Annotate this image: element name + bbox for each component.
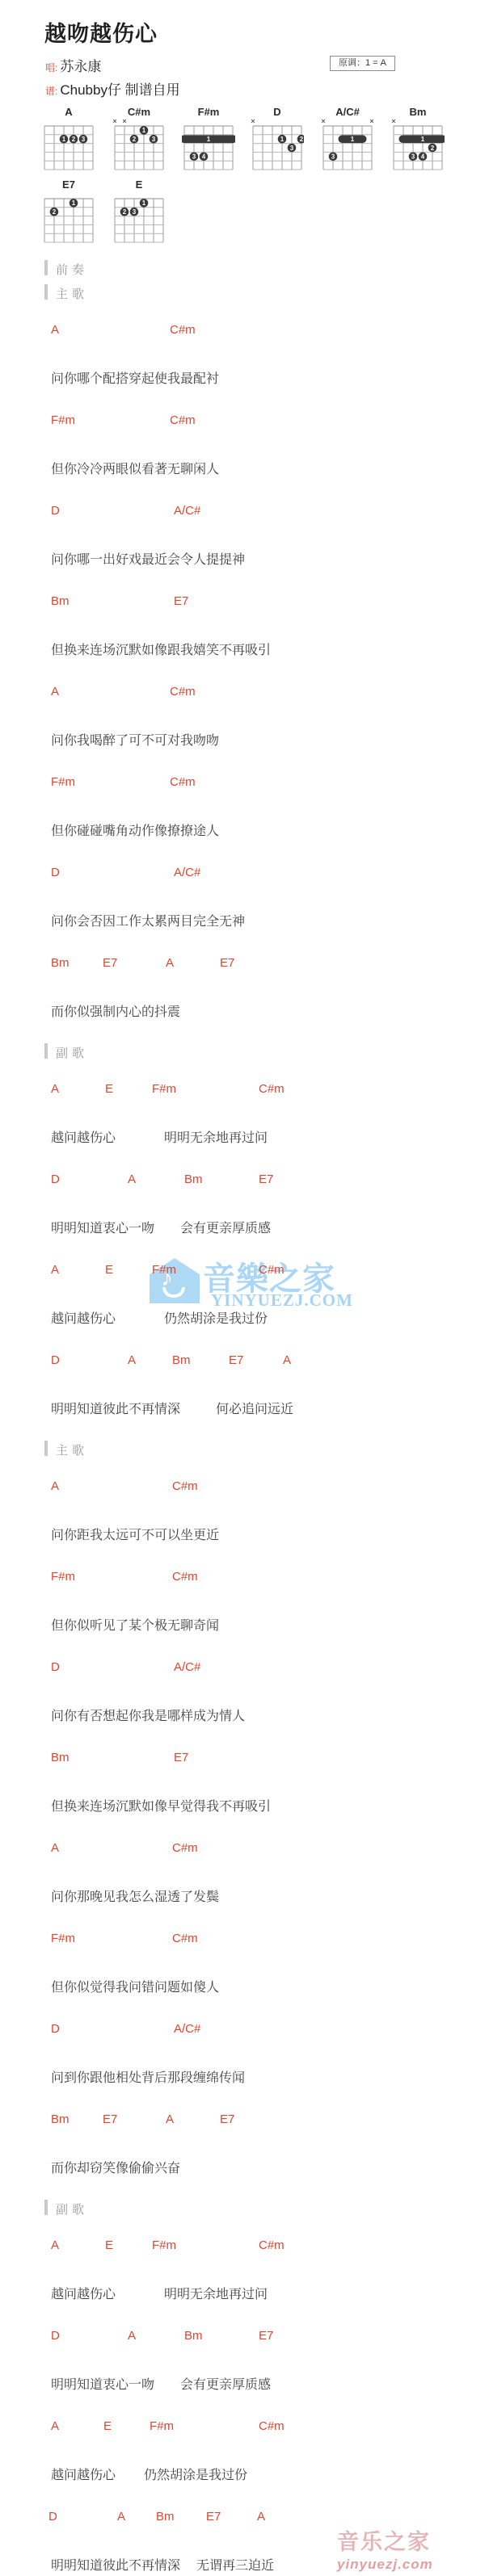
chord-symbol: F#m [51,1932,75,1945]
arranger-name: Chubby仔 制谱自用 [60,82,179,98]
chord-symbol: D [51,2329,60,2343]
chord-symbol: Bm [172,1353,191,1367]
svg-text:3: 3 [192,153,196,161]
chord-symbol: E7 [229,1353,243,1367]
section-heading: 副歌 [0,1043,489,1059]
chord-symbol: D [51,504,60,518]
chord-symbol: D [48,2510,57,2524]
chord-diagram-label: Bm [391,107,445,117]
lyric-segment: 但你似听见了某个极无聊奇闻 [51,1615,219,1634]
svg-text:×: × [112,117,116,125]
chord-symbol: Bm [51,956,70,970]
fretboard-grid: 12 [42,190,95,246]
lyric-segment: 但你似觉得我问错问题如傻人 [51,1977,219,1995]
lyric-segment: 无谓再三迫近 [196,2555,274,2574]
chord-symbol: F#m [152,1082,176,1096]
chord-symbol: A/C# [174,2022,200,2036]
svg-text:1: 1 [280,136,285,143]
chord-symbol: A [128,2329,136,2343]
fretboard-grid: 123 [42,117,95,174]
chord-diagram-E7: E712 [42,179,95,250]
svg-text:1: 1 [62,136,66,143]
chord-symbol: E7 [259,2329,273,2343]
chord-symbol: A [51,2238,59,2252]
singer-name: 苏永康 [60,59,101,74]
chord-symbol: F#m [152,2238,176,2252]
chord-symbol: E7 [103,956,117,970]
lyric-segment: 但换来连场沉默如像跟我嬉笑不再吸引 [51,640,271,658]
svg-text:3: 3 [152,136,156,143]
svg-text:×: × [391,117,395,125]
chord-symbol: C#m [170,413,196,427]
chord-symbol: E [103,2419,112,2433]
chord-symbol: A [51,2419,59,2433]
chord-symbol: D [51,1660,60,1674]
chord-diagram-Bm: Bm×1234 [391,107,445,178]
svg-text:1: 1 [421,136,425,143]
chord-symbol: A/C# [174,866,200,879]
chord-symbol: E7 [259,1173,273,1186]
chord-symbol: E [105,2238,113,2252]
fretboard-grid: ×1234 [391,117,445,174]
chord-diagram-D: D×123 [251,107,304,178]
chord-sheet-page: 越吻越伤心 唱:苏永康 谱:Chubby仔 制谱自用 原调：1 = A ♪ 音樂… [0,0,489,2576]
chord-symbol: E7 [174,1751,188,1764]
lyric-segment: 而你却窃笑像偷偷兴奋 [51,2158,180,2176]
singer-row: 唱:苏永康 [45,55,101,75]
lyric-segment: 问你会否因工作太累两目完全无神 [51,911,245,929]
fretboard-grid: 134 [182,117,235,174]
lyric-segment: 明明无余地再过问 [164,2284,268,2302]
chord-diagram-A: A123 [42,107,95,178]
svg-text:×: × [321,117,325,125]
original-key-badge: 原调：1 = A [330,56,395,71]
svg-text:1: 1 [72,199,76,207]
chord-symbol: E7 [220,956,234,970]
svg-text:2: 2 [300,136,304,143]
watermark-center: ♪ 音樂之家 YINYUEZJ.COM [150,1253,360,1310]
svg-text:4: 4 [421,153,425,161]
lyric-segment: 问到你跟他相处背后那段缠绵传闻 [51,2067,245,2086]
lyric-segment: 问你我喝醉了可不可对我吻吻 [51,730,219,749]
chord-symbol: F#m [150,2419,174,2433]
svg-text:×: × [369,117,373,125]
svg-text:3: 3 [331,153,335,161]
chord-symbol: A [51,1841,59,1855]
chord-symbol: E7 [206,2510,221,2524]
chord-diagram-label: E7 [42,179,95,190]
lyric-segment: 何必追问远近 [216,1399,293,1417]
svg-text:2: 2 [53,208,57,216]
chord-symbol: A/C# [174,504,200,518]
lyric-segment: 明明知道衷心一吻 [51,1218,154,1236]
chord-symbol: Bm [184,2329,203,2343]
lyric-segment: 仍然胡涂是我过份 [164,1308,268,1327]
lyric-segment: 越问越伤心 [51,1127,116,1146]
svg-text:3: 3 [290,145,294,152]
watermark-corner: 音乐之家 yinyuezj.com [337,2524,466,2573]
section-heading: 主歌 [0,284,489,300]
section-marker-bar [44,1043,48,1059]
lyric-segment: 问你有否想起你我是哪样成为情人 [51,1705,245,1724]
section-label: 主歌 [56,285,88,302]
section-label: 副歌 [56,1044,88,1061]
lyric-segment: 但你冷冷两眼似看著无聊闲人 [51,459,219,477]
svg-text:3: 3 [411,153,415,161]
fretboard-grid: ××13 [321,117,374,174]
chord-symbol: D [51,1173,60,1186]
svg-text:1: 1 [142,127,146,134]
lyric-segment: 越问越伤心 [51,1308,116,1327]
chord-symbol: C#m [170,775,196,789]
chord-symbol: Bm [156,2510,175,2524]
chord-symbol: C#m [259,1082,285,1096]
svg-text:×: × [251,117,255,125]
chord-symbol: C#m [259,2419,285,2433]
chord-diagram-label: A/C# [321,107,374,117]
fretboard-grid: ××123 [112,117,166,174]
lyric-segment: 问你哪一出好戏最近会令人提提神 [51,549,245,568]
watermark-corner-site: yinyuezj.com [337,2557,466,2573]
lyric-segment: 问你距我太远可不可以坐更近 [51,1525,219,1543]
chord-symbol: C#m [259,1263,285,1277]
section-marker-bar [44,284,48,300]
lyric-segment: 但你碰碰嘴角动作像撩撩途人 [51,820,219,839]
chord-symbol: F#m [51,413,75,427]
chord-symbol: A [166,2112,174,2126]
chord-symbol: C#m [172,1932,198,1945]
chord-symbol: A [51,1263,59,1277]
chord-diagram-E: E123 [112,179,166,250]
chord-symbol: E7 [220,2112,234,2126]
chord-symbol: A [51,1082,59,1096]
chord-symbol: A [128,1173,136,1186]
chord-diagram-label: C#m [112,107,166,117]
chord-symbol: Bm [51,594,70,608]
chord-symbol: A [257,2510,265,2524]
chord-symbol: F#m [51,775,75,789]
svg-text:3: 3 [133,208,137,216]
chord-symbol: C#m [172,1841,198,1855]
chord-diagram-label: E [112,179,166,190]
chord-symbol: A [166,956,174,970]
section-marker-bar [44,1441,48,1456]
chord-symbol: D [51,866,60,879]
fretboard-grid: 123 [112,190,166,246]
arranger-row: 谱:Chubby仔 制谱自用 [45,78,180,99]
chord-symbol: A [128,1353,136,1367]
section-heading: 前奏 [0,260,489,276]
section-marker-bar [44,260,48,275]
chord-symbol: A/C# [174,1660,200,1674]
svg-text:2: 2 [72,136,76,143]
chord-symbol: E [105,1263,113,1277]
chord-symbol: A [117,2510,125,2524]
lyric-segment: 明明知道彼此不再情深 [51,2555,180,2574]
lyric-segment: 会有更亲厚质感 [180,1218,271,1236]
lyric-segment: 会有更亲厚质感 [180,2374,271,2393]
chord-symbol: C#m [259,2238,285,2252]
lyric-segment: 越问越伤心 [51,2284,116,2302]
chord-symbol: D [51,1353,60,1367]
svg-text:2: 2 [123,208,127,216]
smile-icon [162,1287,185,1298]
chord-symbol: C#m [170,685,196,699]
svg-text:2: 2 [133,136,137,143]
section-label: 前奏 [56,261,88,278]
chord-symbol: A [51,1479,59,1493]
svg-text:1: 1 [142,199,146,207]
chord-diagram-A/C#: A/C#××13 [321,107,374,178]
chord-symbol: E7 [174,594,188,608]
chord-diagram-label: A [42,107,95,117]
svg-text:3: 3 [82,136,86,143]
chord-symbol: Bm [51,1751,70,1764]
section-heading: 主歌 [0,1441,489,1457]
chord-symbol: A [283,1353,291,1367]
lyric-segment: 明明知道彼此不再情深 [51,1399,180,1417]
section-label: 副歌 [56,2201,88,2217]
chord-symbol: F#m [51,1570,75,1584]
svg-text:×: × [122,117,126,125]
page-title: 越吻越伤心 [44,16,158,48]
chord-diagram-label: D [251,107,304,117]
chord-symbol: E [105,1082,113,1096]
lyric-segment: 而你似强制内心的抖震 [51,1001,180,1020]
chord-diagram-label: F#m [182,107,235,117]
chord-symbol: F#m [152,1263,176,1277]
chord-symbol: E7 [103,2112,117,2126]
chord-symbol: C#m [172,1570,198,1584]
chord-symbol: Bm [51,2112,70,2126]
chord-diagram-F#m: F#m134 [182,107,235,178]
section-marker-bar [44,2200,48,2215]
section-heading: 副歌 [0,2200,489,2216]
svg-text:1: 1 [351,136,355,143]
lyric-segment: 问你哪个配搭穿起使我最配衬 [51,368,219,387]
singer-label: 唱: [45,62,57,73]
chord-symbol: C#m [170,323,196,337]
chord-symbol: C#m [172,1479,198,1493]
chord-symbol: A [51,323,59,337]
svg-text:2: 2 [431,145,435,152]
chord-symbol: Bm [184,1173,203,1186]
chord-symbol: A [51,685,59,699]
watermark-corner-brand: 音乐之家 [337,2524,466,2556]
fretboard-grid: ×123 [251,117,304,174]
lyric-segment: 仍然胡涂是我过份 [144,2465,247,2483]
lyric-segment: 问你那晚见我怎么湿透了发鬓 [51,1886,219,1905]
lyric-segment: 但换来连场沉默如像早觉得我不再吸引 [51,1796,271,1815]
svg-text:1: 1 [207,136,211,143]
svg-text:4: 4 [202,153,206,161]
section-label: 主歌 [56,1441,88,1458]
lyric-segment: 明明知道衷心一吻 [51,2374,154,2393]
lyric-segment: 明明无余地再过问 [164,1127,268,1146]
lyric-segment: 越问越伤心 [51,2465,116,2483]
chord-symbol: D [51,2022,60,2036]
arranger-label: 谱: [45,86,57,97]
chord-diagram-C#m: C#m××123 [112,107,166,178]
